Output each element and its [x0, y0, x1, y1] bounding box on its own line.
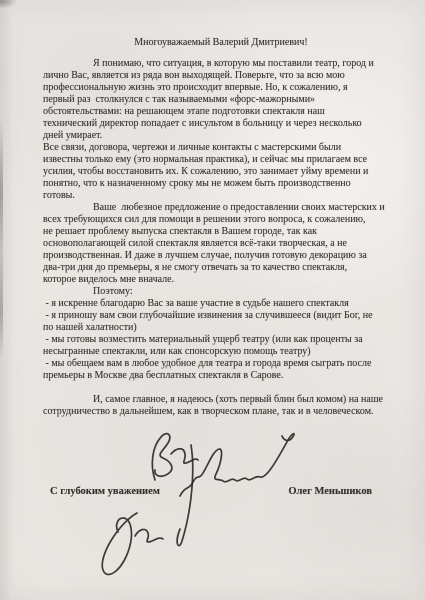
scan-edge-smudge: [0, 120, 3, 360]
letter-paragraph-therefore: Поэтому:: [43, 286, 399, 298]
scan-corner-smudge: [0, 0, 16, 8]
letter-paragraph-offer: Ваше любезное предложение о предоставлен…: [43, 202, 399, 286]
letter-body: Многоуважаемый Валерий Дмитриевич! Я пон…: [43, 37, 399, 418]
letter-paragraph-hope: И, самое главное, я надеюсь (хоть первый…: [43, 394, 399, 418]
letter-list-promises: - я искренне благодарю Вас за ваше участ…: [43, 298, 399, 382]
letter-paragraph-situation: Я понимаю, что ситуация, в которую мы по…: [43, 58, 399, 142]
handwritten-signature: [85, 423, 313, 585]
letter-paragraph-contacts: Все связи, договора, чертежи и личные ко…: [43, 142, 399, 202]
letter-salutation: Многоуважаемый Валерий Дмитриевич!: [43, 37, 399, 49]
